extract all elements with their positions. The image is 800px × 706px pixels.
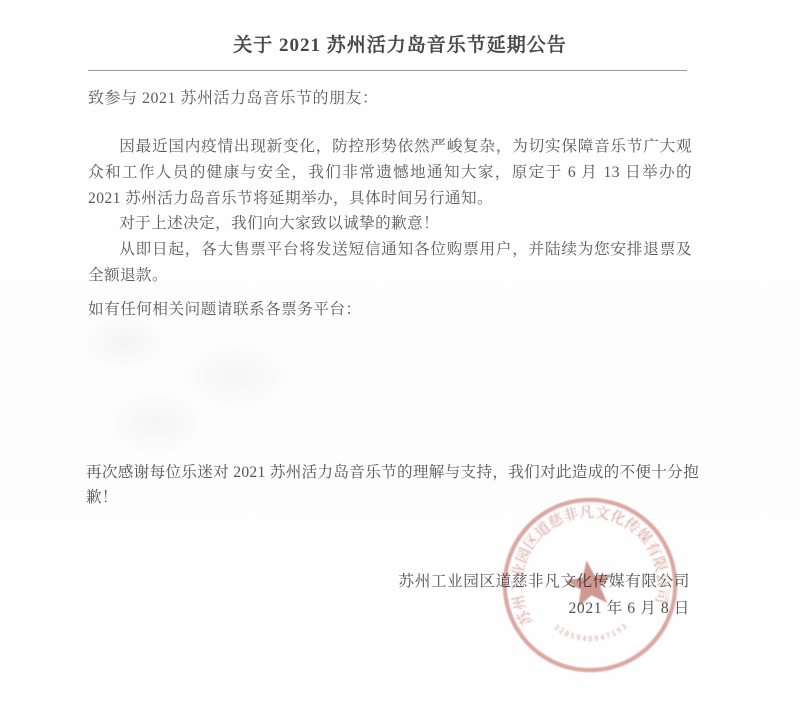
document-body: 关于 2021 苏州活力岛音乐节延期公告 致参与 2021 苏州活力岛音乐节的朋…: [0, 0, 800, 706]
announcement-paragraphs: 因最近国内疫情出现新变化，防控形势依然严峻复杂，为切实保障音乐节广大观众和工作人…: [88, 134, 692, 289]
salutation-line: 致参与 2021 苏州活力岛音乐节的朋友：: [88, 88, 692, 110]
scanned-announcement-page: 关于 2021 苏州活力岛音乐节延期公告 致参与 2021 苏州活力岛音乐节的朋…: [0, 0, 800, 706]
contact-line: 如有任何相关问题请联系各票务平台：: [88, 297, 692, 323]
title-divider: [88, 70, 687, 71]
official-seal: 苏州工业园区道慈非凡文化传媒有限公司 3205940947193: [487, 482, 693, 688]
seal-star-icon: [563, 557, 616, 608]
paragraph-apology: 对于上述决定，我们向大家致以诚挚的歉意！: [88, 211, 692, 237]
page-title: 关于 2021 苏州活力岛音乐节延期公告: [0, 0, 800, 57]
paragraph-reason: 因最近国内疫情出现新变化，防控形势依然严峻复杂，为切实保障音乐节广大观众和工作人…: [88, 134, 692, 211]
seal-serial-number: 3205940947193: [551, 613, 631, 649]
paragraph-refund: 从即日起，各大售票平台将发送短信通知各位购票用户，并陆续为您安排退票及全额退款。: [88, 237, 692, 289]
scan-smudge-artifact: [60, 315, 380, 450]
